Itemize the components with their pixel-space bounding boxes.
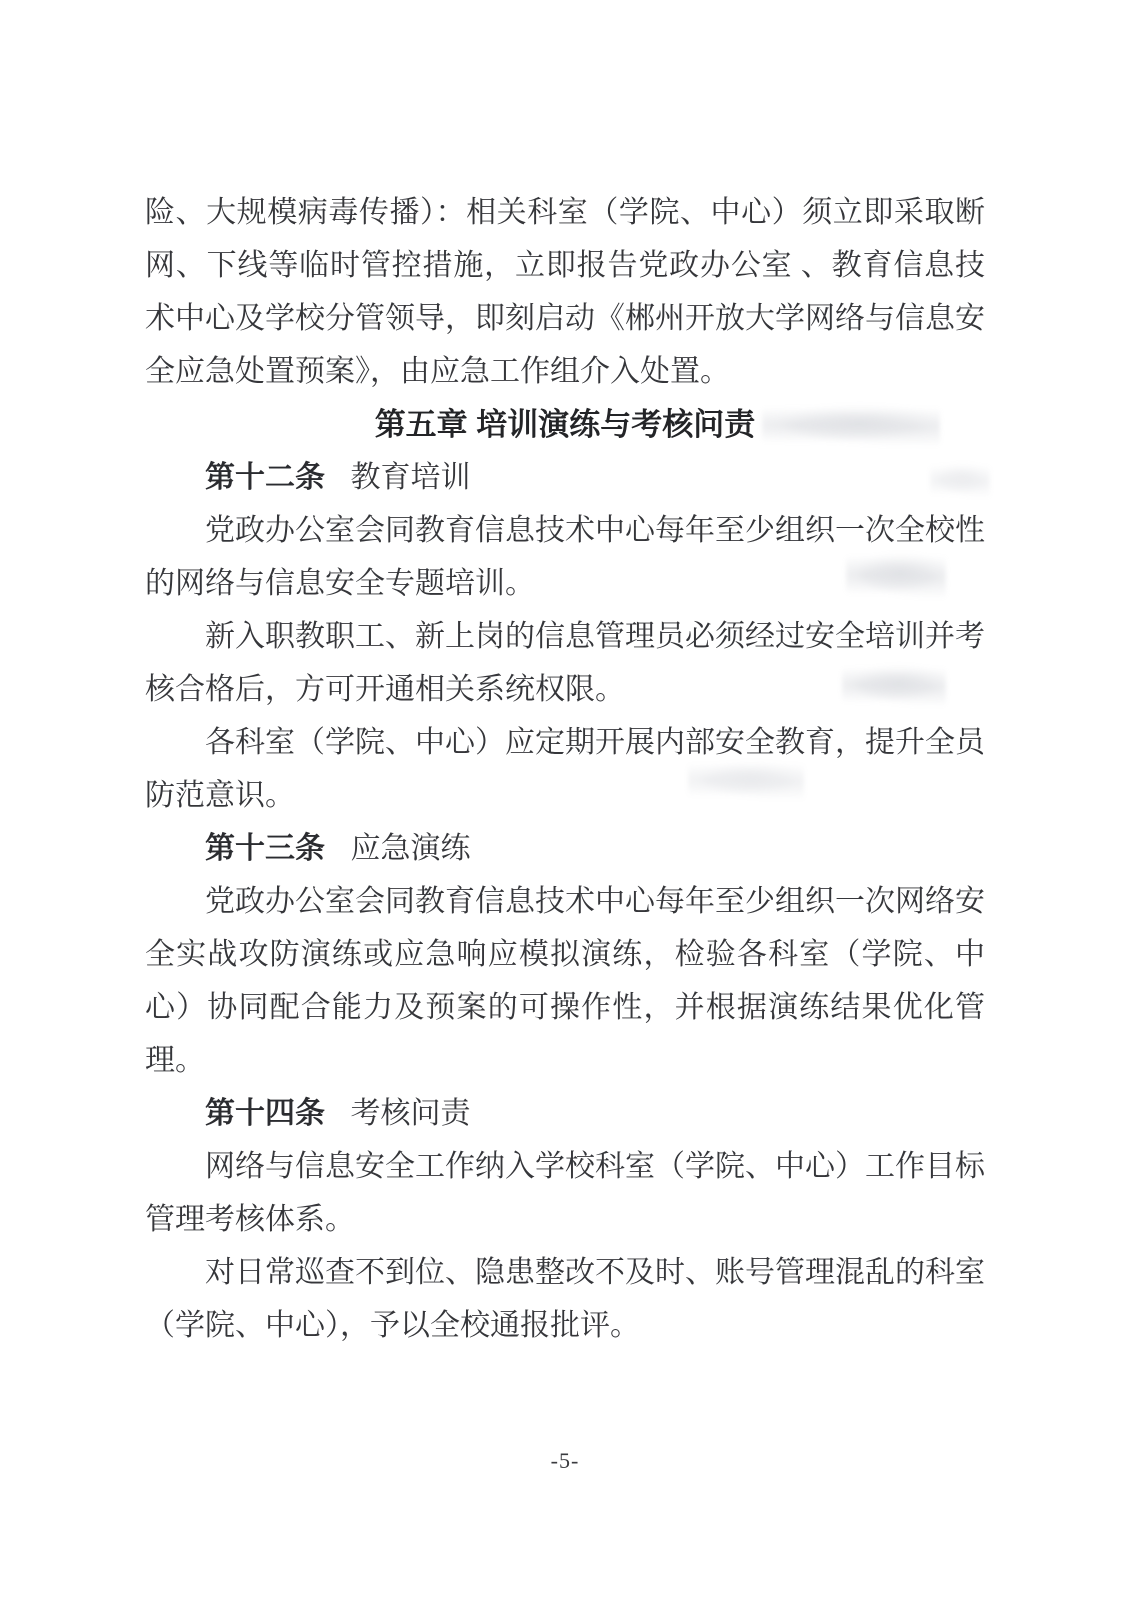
paragraph: 险、大规模病毒传播）：相关科室（学院、中心）须立即采取断网、下线等临时管控措施，… (145, 186, 985, 398)
article-title: 考核问责 (351, 1097, 471, 1130)
paragraph: 党政办公室会同教育信息技术中心每年至少组织一次全校性的网络与信息安全专题培训。 (145, 504, 985, 610)
page-number: -5- (0, 1448, 1130, 1474)
article-number: 第十四条 (205, 1097, 325, 1130)
article-title: 教育培训 (351, 461, 471, 494)
scanned-document-page: 险、大规模病毒传播）：相关科室（学院、中心）须立即采取断网、下线等临时管控措施，… (0, 0, 1130, 1600)
article-title: 应急演练 (351, 832, 471, 865)
article-heading: 第十三条 应急演练 (145, 822, 985, 875)
paragraph: 新入职教职工、新上岗的信息管理员必须经过安全培训并考核合格后，方可开通相关系统权… (145, 610, 985, 716)
paragraph: 网络与信息安全工作纳入学校科室（学院、中心）工作目标管理考核体系。 (145, 1140, 985, 1246)
article-number: 第十三条 (205, 832, 325, 865)
article-number: 第十二条 (205, 461, 325, 494)
chapter-heading: 第五章 培训演练与考核问责 (145, 398, 985, 451)
paragraph: 对日常巡查不到位、隐患整改不及时、账号管理混乱的科室（学院、中心），予以全校通报… (145, 1246, 985, 1352)
document-body: 险、大规模病毒传播）：相关科室（学院、中心）须立即采取断网、下线等临时管控措施，… (145, 186, 985, 1352)
paragraph: 各科室（学院、中心）应定期开展内部安全教育，提升全员防范意识。 (145, 716, 985, 822)
article-heading: 第十二条 教育培训 (145, 451, 985, 504)
paragraph: 党政办公室会同教育信息技术中心每年至少组织一次网络安全实战攻防演练或应急响应模拟… (145, 875, 985, 1087)
article-heading: 第十四条 考核问责 (145, 1087, 985, 1140)
